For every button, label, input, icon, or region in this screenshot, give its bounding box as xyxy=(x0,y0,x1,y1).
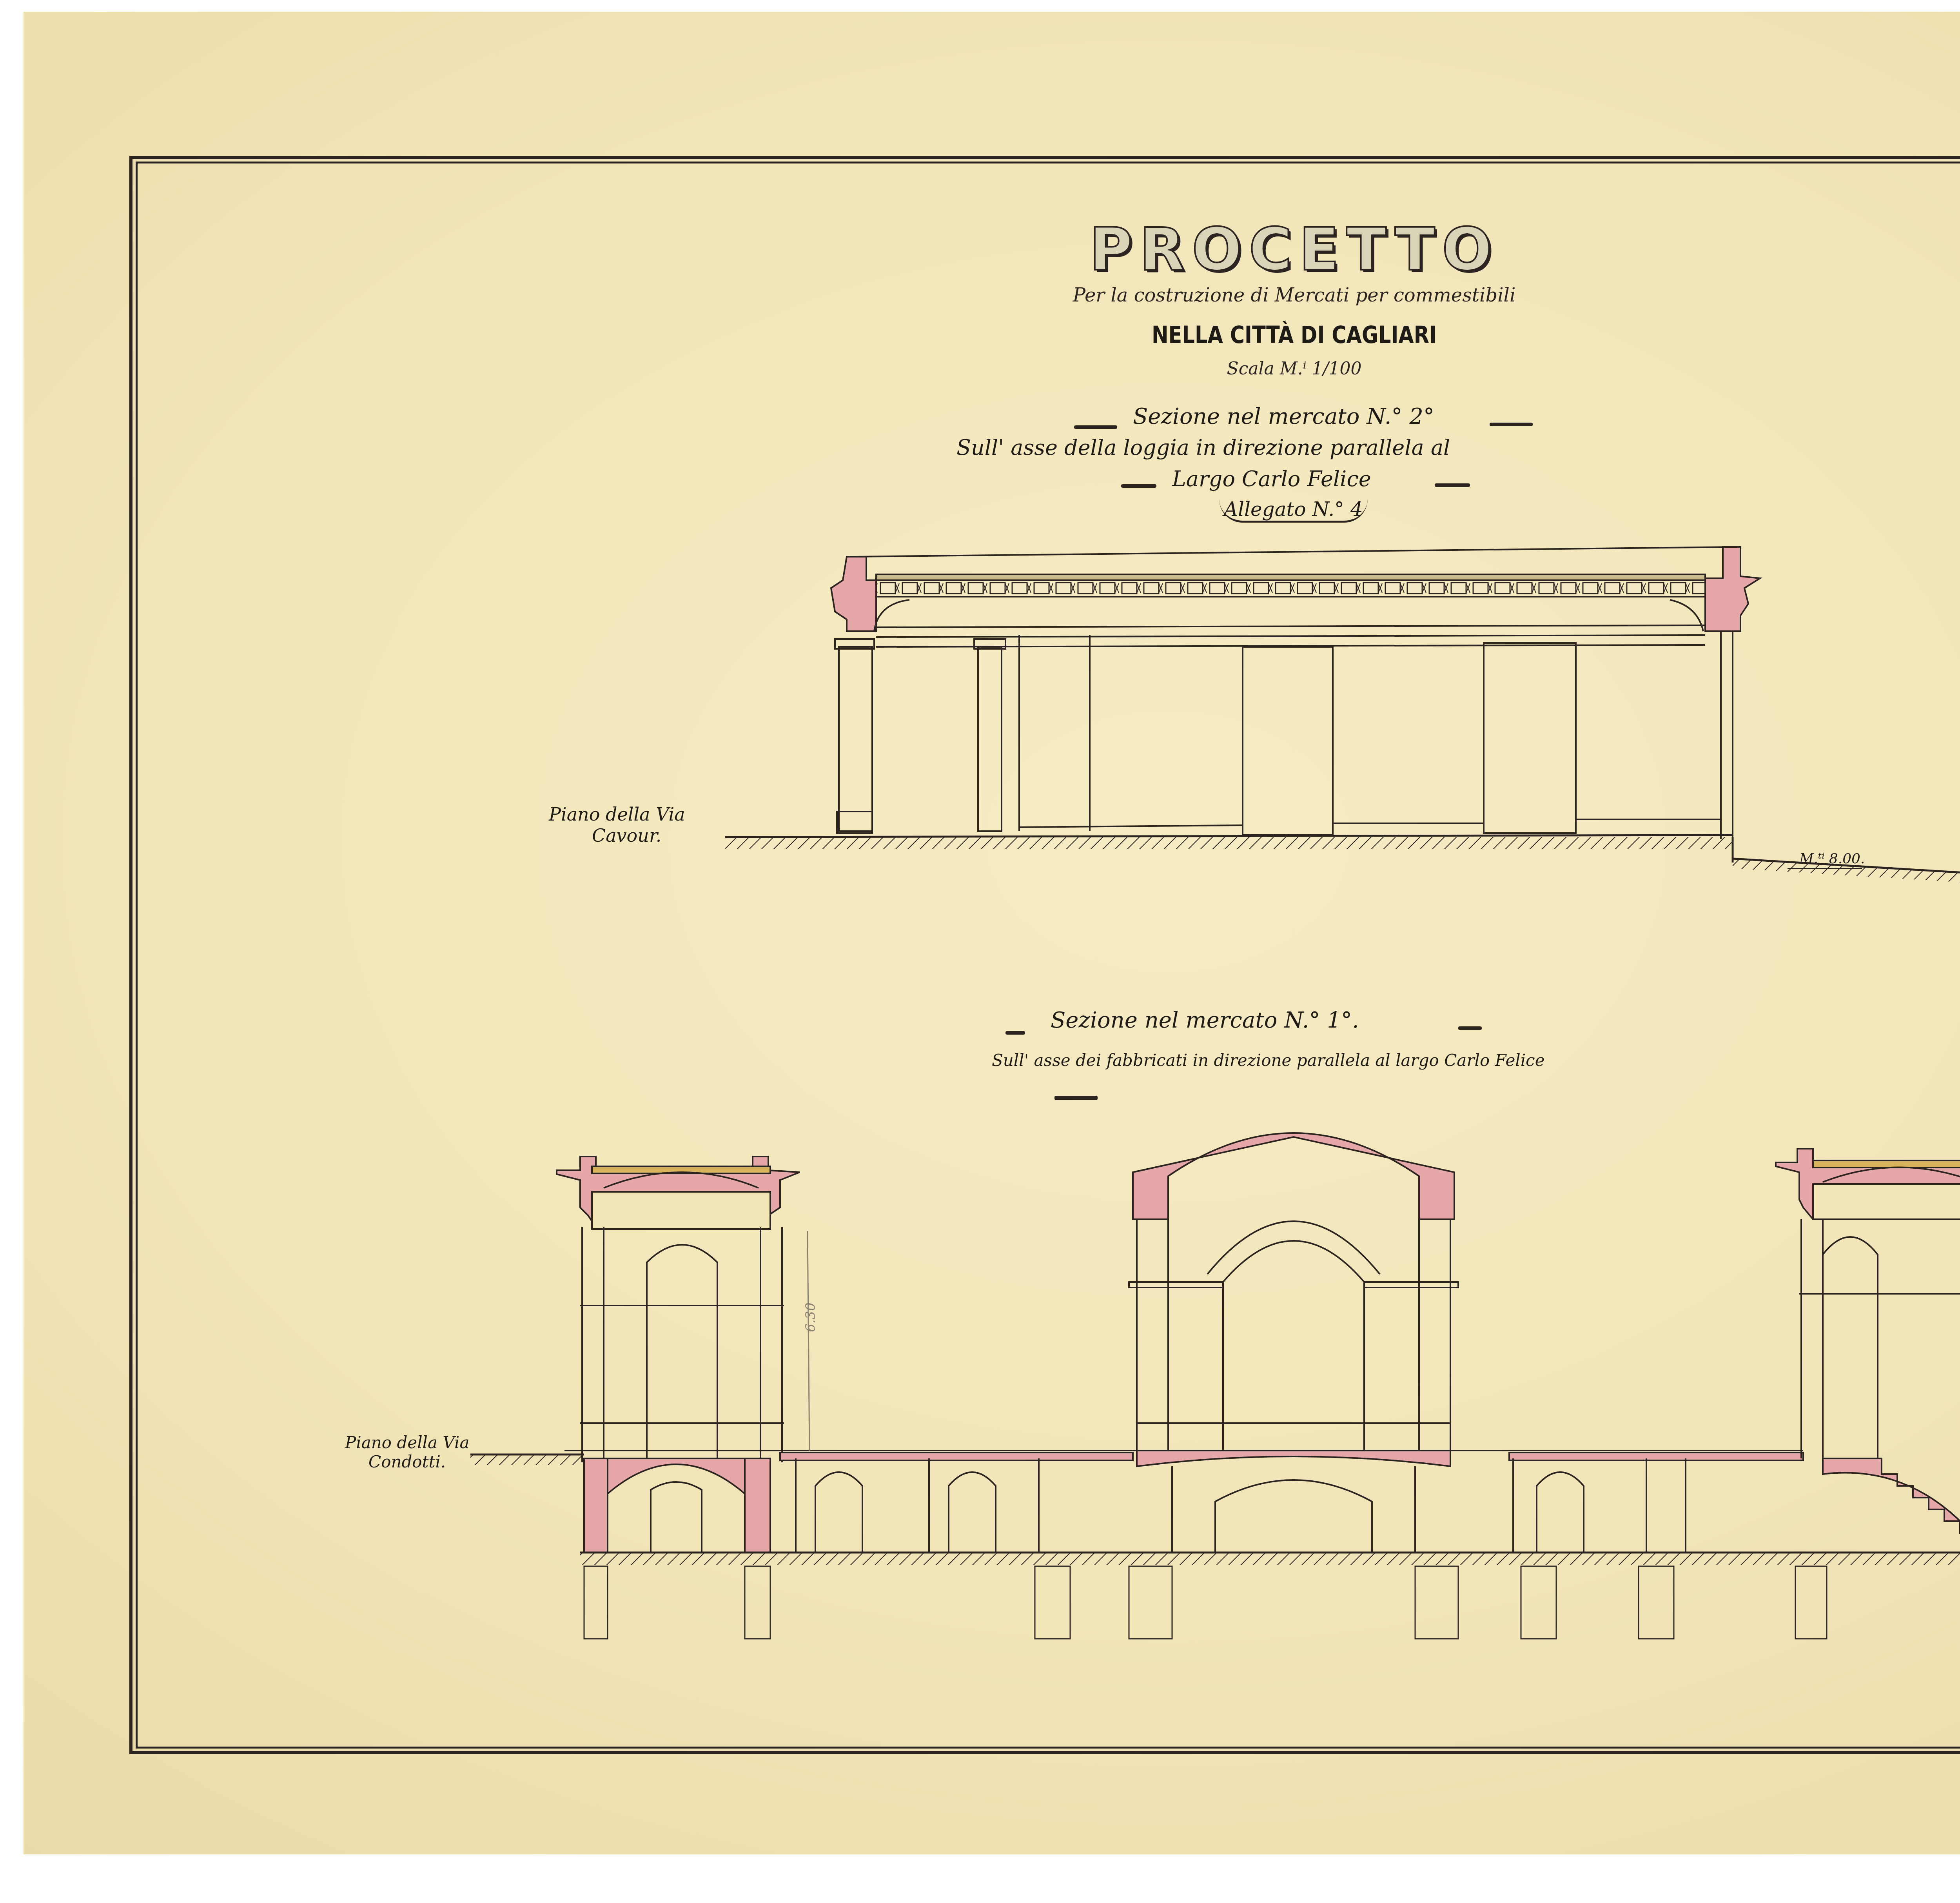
upper-section-drawing xyxy=(725,502,1960,898)
lower-section-drawing xyxy=(470,1133,1960,1639)
architectural-sections xyxy=(0,0,1960,1903)
